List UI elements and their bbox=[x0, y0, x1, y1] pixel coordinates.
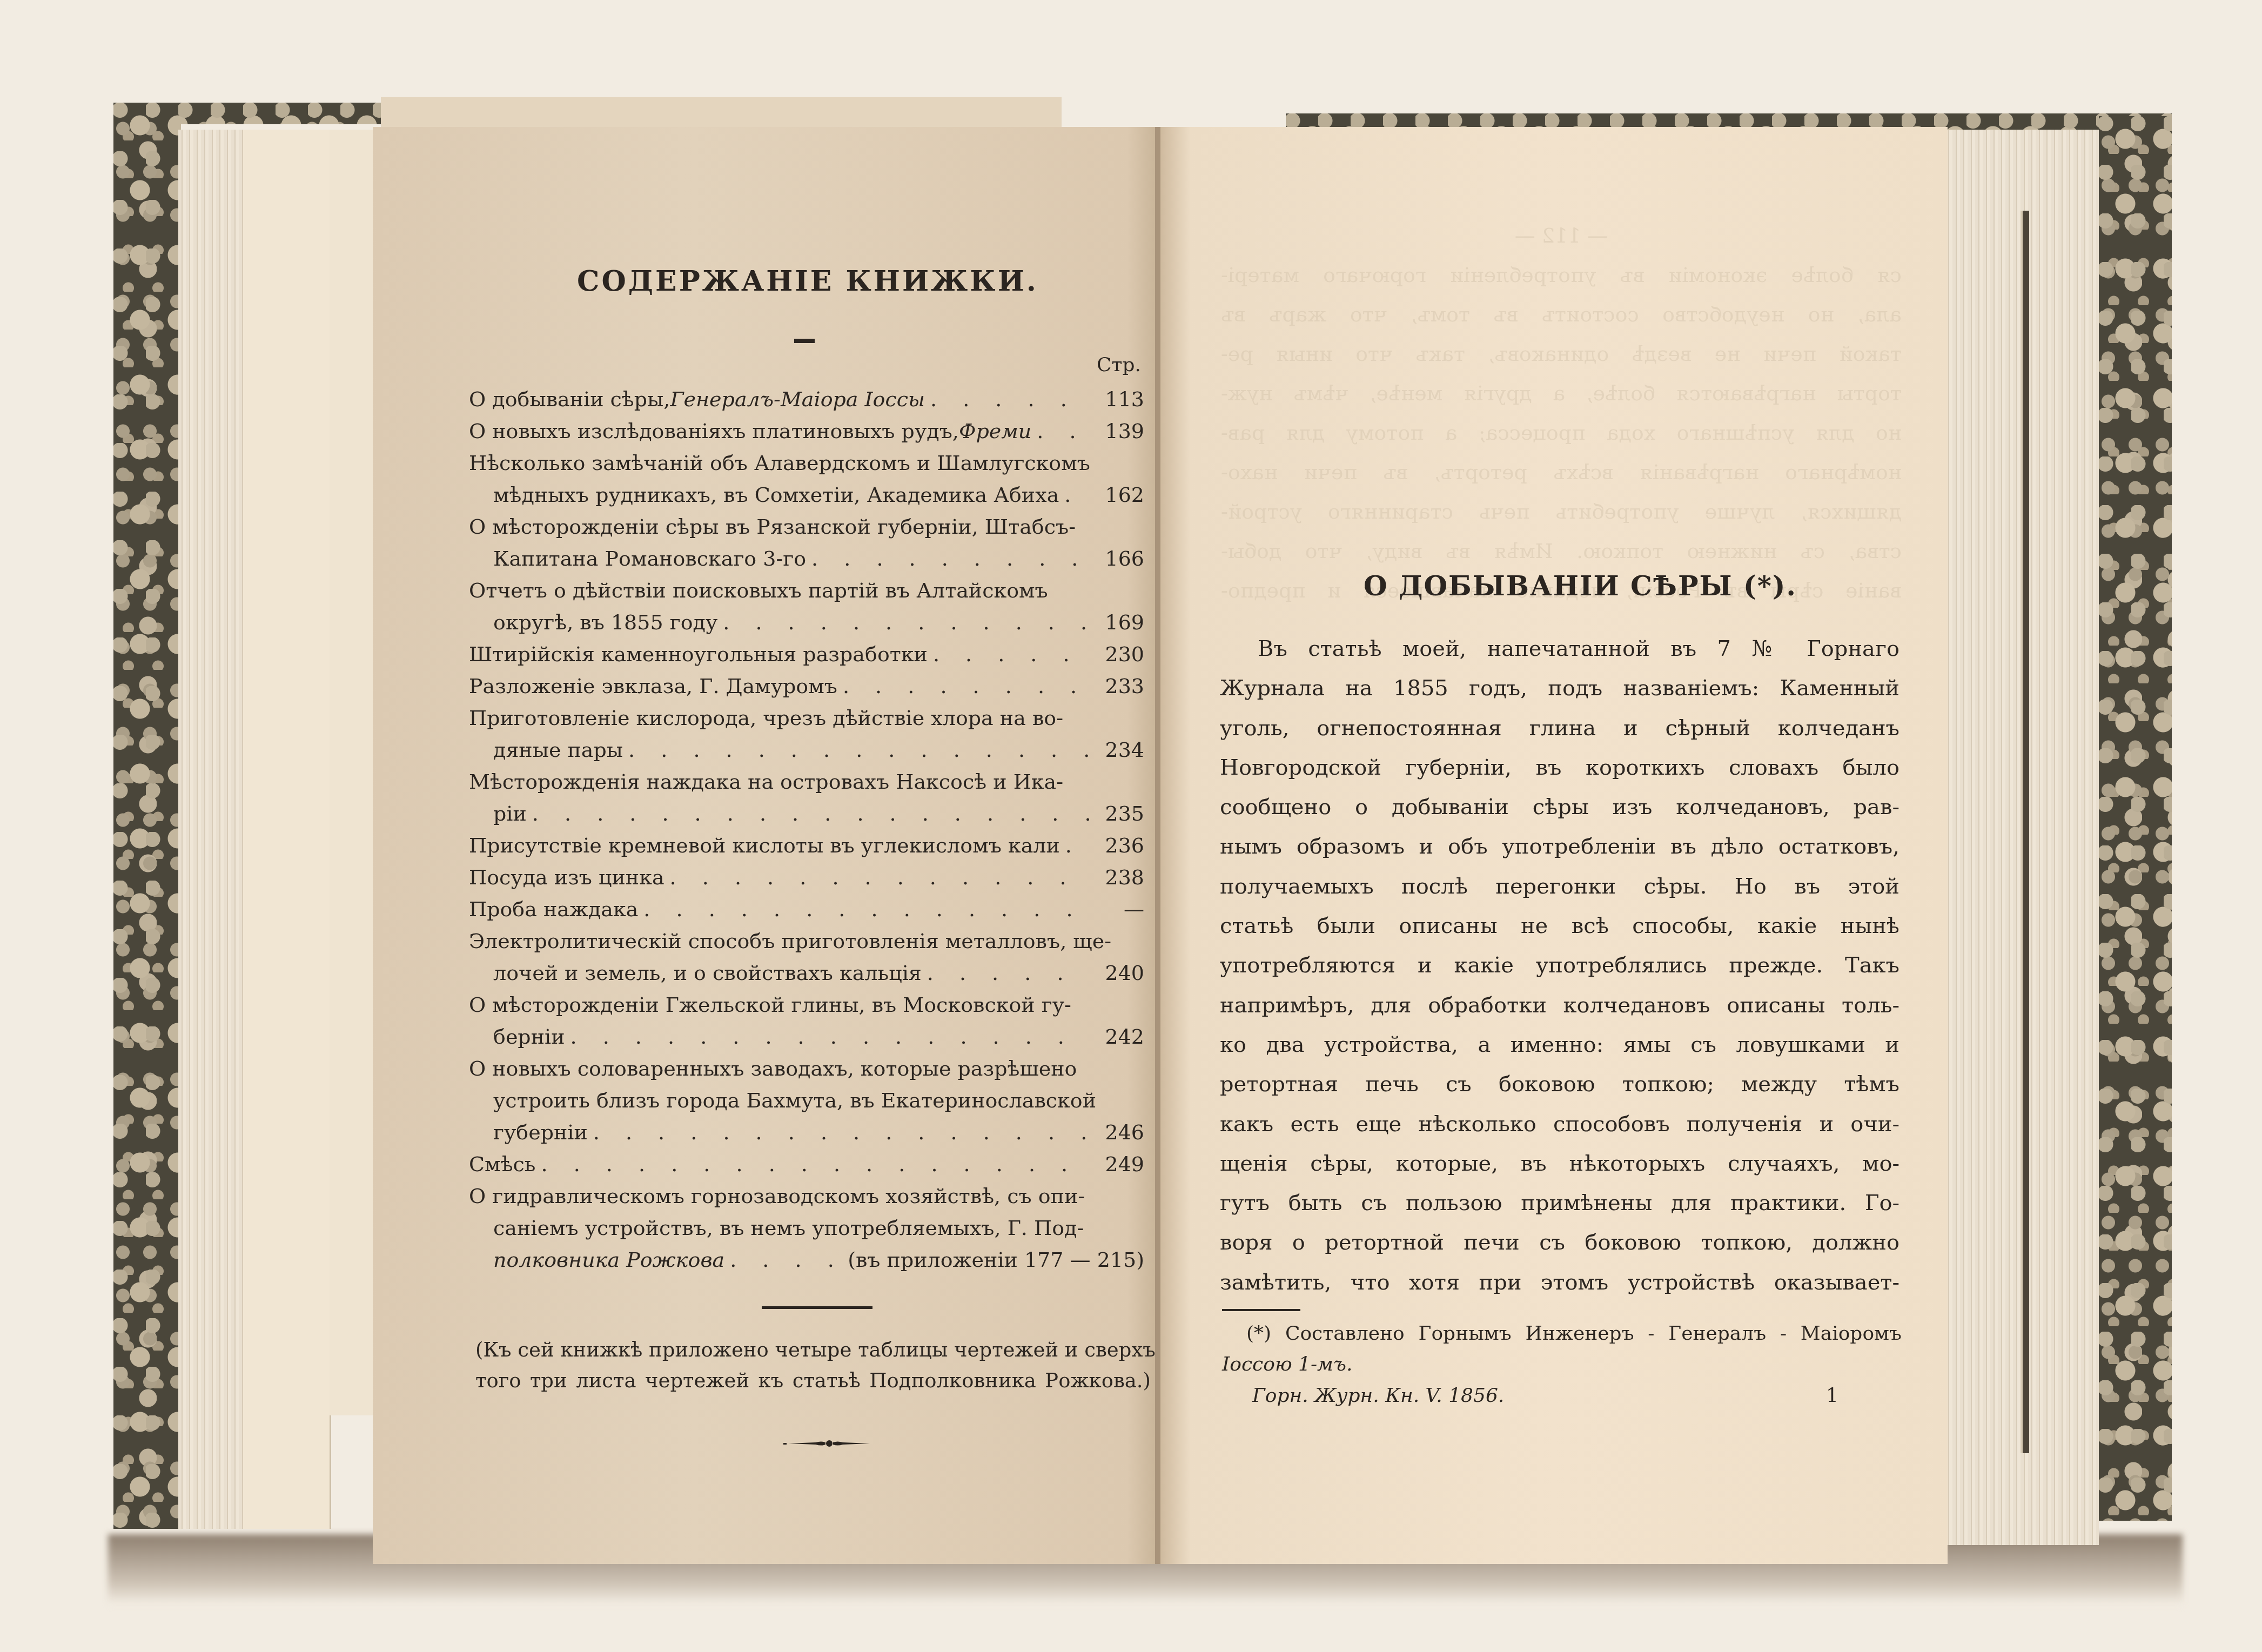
footnote-line: Іоссою 1-мъ. bbox=[1222, 1349, 1902, 1380]
toc-entry: дяные пары. . . . . . . . . . . . . . . … bbox=[469, 734, 1144, 766]
toc-entry: О гидравлическомъ горнозаводскомъ хозяйс… bbox=[469, 1180, 1144, 1212]
toc-entry: О мѣсторожденіи Гжельской глины, въ Моск… bbox=[469, 989, 1144, 1021]
toc-entry-text: Электролитическій способъ приготовленія … bbox=[469, 925, 1111, 957]
toc-entry: Посуда изъ цинка. . . . . . . . . . . . … bbox=[469, 862, 1144, 894]
toc-entry-text: саніемъ устройствъ, въ немъ употребляемы… bbox=[469, 1212, 1084, 1244]
toc-page-number: 169 bbox=[1096, 607, 1144, 639]
leader-dots: . . . . . . . . . . . . . . . . . . . . bbox=[843, 670, 1090, 702]
toc-entry-text: О мѣсторожденіи сѣры въ Рязанской губерн… bbox=[469, 511, 1076, 543]
toc-page-number: — bbox=[1096, 894, 1144, 925]
toc-entry: О новыхъ соловаренныхъ заводахъ, которые… bbox=[469, 1053, 1144, 1085]
body-line: какъ есть еще нѣсколько способовъ получе… bbox=[1220, 1105, 1899, 1144]
leader-dots: . . . . . . . . . . . . . . . . . . . . bbox=[930, 384, 1090, 415]
toc-entry: Отчетъ о дѣйствіи поисковыхъ партій въ А… bbox=[469, 575, 1144, 607]
toc-entry: лочей и земель, и о свойствахъ кальція. … bbox=[469, 957, 1144, 989]
ornament-icon bbox=[783, 1439, 875, 1448]
toc-page-number: (въ приложеніи 177 — 215) bbox=[848, 1244, 1144, 1276]
toc-entry: Смѣсь. . . . . . . . . . . . . . . . . .… bbox=[469, 1149, 1144, 1180]
toc-entry-text: Отчетъ о дѣйствіи поисковыхъ партій въ А… bbox=[469, 575, 1048, 607]
marbled-cover-left bbox=[113, 103, 181, 1529]
toc-entry-text: О новыхъ изслѣдованіяхъ платиновыхъ рудъ… bbox=[469, 415, 959, 447]
body-line: получаемыхъ послѣ перегонки сѣры. Но въ … bbox=[1220, 867, 1899, 906]
show-through-text: — 112 — ся болѣе экономіи въ употреблені… bbox=[1221, 216, 1902, 610]
toc-page-number: 113 bbox=[1096, 384, 1144, 415]
leader-dots: . . . . . . . . . . . . . . . . . . . . bbox=[670, 862, 1090, 894]
body-line: нымъ образомъ и объ употребленіи въ дѣло… bbox=[1220, 827, 1899, 867]
toc-entry-author: Генералъ-Маіора Іоссы bbox=[670, 384, 925, 415]
toc-entry-text: устроить близъ города Бахмута, въ Екатер… bbox=[469, 1085, 1096, 1117]
loose-leaf-left-inner bbox=[330, 130, 375, 1415]
toc-entry: Приготовленіе кислорода, чрезъ дѣйствіе … bbox=[469, 702, 1144, 734]
body-line: Новгородской губерніи, въ короткихъ слов… bbox=[1220, 748, 1899, 788]
body-line: Въ статьѣ моей, напечатанной въ 7 № Горн… bbox=[1220, 629, 1899, 669]
toc-page-number: 166 bbox=[1096, 543, 1144, 575]
toc-page-number: 230 bbox=[1096, 639, 1144, 670]
leader-dots: . . . . . . . . . . . . . . . . . . . . bbox=[643, 894, 1090, 925]
plates-note: (Къ сей книжкѣ приложено четыре таблицы … bbox=[475, 1334, 1151, 1396]
leader-dots: . . . . . . . . . . . . . . . . . . . . bbox=[933, 639, 1090, 670]
body-line: Журнала на 1855 годъ, подъ названіемъ: К… bbox=[1220, 669, 1899, 708]
leader-dots: . . . . . . . . . . . . . . . . . . . . bbox=[570, 1021, 1091, 1053]
toc-entry-text: О мѣсторожденіи Гжельской глины, въ Моск… bbox=[469, 989, 1071, 1021]
toc-page-number: 240 bbox=[1096, 957, 1144, 989]
toc-entry-text: мѣдныхъ рудникахъ, въ Сомхетіи, Академик… bbox=[469, 479, 1059, 511]
toc-entry: губерніи. . . . . . . . . . . . . . . . … bbox=[469, 1117, 1144, 1149]
leader-dots: . . . . . . . . . . . . . . . . . . . . bbox=[1064, 479, 1090, 511]
toc-entry-text: Штирійскія каменноугольныя разработки bbox=[469, 639, 928, 670]
page-number: 1 bbox=[1826, 1385, 1838, 1407]
body-line: сообщено о добываніи сѣры изъ колчеданов… bbox=[1220, 788, 1899, 827]
toc-entry-text: дяные пары bbox=[469, 734, 623, 766]
toc-entry-text: Мѣсторожденія наждака на островахъ Наксо… bbox=[469, 766, 1063, 798]
page-stack-right bbox=[1945, 130, 2099, 1545]
toc-entry-text: Посуда изъ цинка bbox=[469, 862, 664, 894]
body-line: ко два устройства, а именно: ямы съ лову… bbox=[1220, 1025, 1899, 1065]
marbled-cover-right bbox=[2099, 116, 2172, 1521]
leader-dots: . . . . . . . . . . . . . . . . . . . . bbox=[811, 543, 1090, 575]
toc-entry-text: Приготовленіе кислорода, чрезъ дѣйствіе … bbox=[469, 702, 1063, 734]
leader-dots: . . . . . . . . . . . . . . . . . . . . bbox=[927, 957, 1090, 989]
toc-entry: Электролитическій способъ приготовленія … bbox=[469, 925, 1144, 957]
leader-dots: . . . . . . . . . . . . . . . . . . . . bbox=[723, 607, 1090, 639]
body-line: ретортная печь съ боковою топкою; между … bbox=[1220, 1065, 1899, 1104]
body-line: замѣтить, что хотя при этомъ устройствѣ … bbox=[1220, 1263, 1899, 1302]
toc-entry-text: О гидравлическомъ горнозаводскомъ хозяйс… bbox=[469, 1180, 1085, 1212]
toc-page-number: 235 bbox=[1096, 798, 1144, 830]
marbled-cover-left-top bbox=[113, 103, 384, 124]
toc-page-number: 242 bbox=[1096, 1021, 1144, 1053]
toc-entry: мѣдныхъ рудникахъ, въ Сомхетіи, Академик… bbox=[469, 479, 1144, 511]
toc-entry: Присутствіе кремневой кислоты въ углекис… bbox=[469, 830, 1144, 862]
toc-entry-text: берніи bbox=[469, 1021, 565, 1053]
article-body: Въ статьѣ моей, напечатанной въ 7 № Горн… bbox=[1220, 629, 1899, 1302]
footnote-rule bbox=[1222, 1309, 1300, 1311]
toc-entry-text: Проба наждака bbox=[469, 894, 638, 925]
leader-dots: . . . . . . . . . . . . . . . . . . . . bbox=[541, 1149, 1090, 1180]
toc-entry-text: округѣ, въ 1855 году bbox=[469, 607, 717, 639]
leader-dots: . . . . . . . . . . . . . . . . . . . . bbox=[1037, 415, 1090, 447]
toc-entry: берніи. . . . . . . . . . . . . . . . . … bbox=[469, 1021, 1144, 1053]
toc-title: СОДЕРЖАНІЕ КНИЖКИ. bbox=[470, 265, 1145, 298]
page-stack-left bbox=[178, 130, 243, 1529]
footnote-line: (*) Составлено Горнымъ Инженеръ - Генера… bbox=[1222, 1318, 1902, 1349]
body-line: уголь, огнепостоянная глина и сѣрный кол… bbox=[1220, 709, 1899, 748]
plates-note-line: того три листа чертежей къ статьѣ Подпол… bbox=[475, 1365, 1151, 1396]
toc-entry: О мѣсторожденіи сѣры въ Рязанской губерн… bbox=[469, 511, 1144, 543]
page-column-header: Стр. bbox=[1097, 354, 1141, 376]
journal-signature: Горн. Журн. Кн. V. 1856. bbox=[1252, 1385, 1504, 1407]
left-page-torn-top bbox=[381, 97, 1062, 130]
toc-list: О добываніи сѣры, Генералъ-Маіора Іоссы.… bbox=[469, 384, 1144, 1276]
body-line: статьѣ были описаны не всѣ способы, какі… bbox=[1220, 906, 1899, 946]
folded-plate-edge bbox=[2021, 211, 2029, 1453]
toc-page-number: 236 bbox=[1096, 830, 1144, 862]
book-gutter bbox=[1155, 127, 1160, 1564]
toc-entry-text: Смѣсь bbox=[469, 1149, 536, 1180]
loose-leaf-left bbox=[243, 130, 331, 1529]
toc-divider-rule bbox=[762, 1306, 872, 1309]
toc-entry: полковника Рожкова. . . . . . . . . . . … bbox=[469, 1244, 1144, 1276]
leader-dots: . . . . . . . . . . . . . . . . . . . . bbox=[593, 1117, 1090, 1149]
leader-dots: . . . . . . . . . . . . . . . . . . . . bbox=[532, 798, 1090, 830]
toc-entry: О новыхъ изслѣдованіяхъ платиновыхъ рудъ… bbox=[469, 415, 1144, 447]
toc-page-number: 249 bbox=[1096, 1149, 1144, 1180]
toc-entry-text: О добываніи сѣры, bbox=[469, 384, 670, 415]
toc-entry: Проба наждака. . . . . . . . . . . . . .… bbox=[469, 894, 1144, 925]
toc-entry-text: лочей и земель, и о свойствахъ кальція bbox=[469, 957, 922, 989]
toc-entry: О добываніи сѣры, Генералъ-Маіора Іоссы.… bbox=[469, 384, 1144, 415]
toc-page-number: 246 bbox=[1096, 1117, 1144, 1149]
toc-entry: Разложеніе эвклаза, Г. Дамуромъ. . . . .… bbox=[469, 670, 1144, 702]
toc-page-number: 234 bbox=[1096, 734, 1144, 766]
title-dash-rule bbox=[794, 339, 815, 343]
toc-entry: Нѣсколько замѣчаній объ Алавердскомъ и Ш… bbox=[469, 447, 1144, 479]
toc-entry-text: полковника Рожкова bbox=[469, 1244, 724, 1276]
body-line: гутъ быть съ пользою примѣнены для практ… bbox=[1220, 1184, 1899, 1223]
toc-entry-author: Фреми bbox=[959, 415, 1031, 447]
body-line: напримѣръ, для обработки колчедановъ опи… bbox=[1220, 986, 1899, 1025]
toc-entry: саніемъ устройствъ, въ немъ употребляемы… bbox=[469, 1212, 1144, 1244]
footnote: (*) Составлено Горнымъ Инженеръ - Генера… bbox=[1222, 1318, 1902, 1380]
leader-dots: . . . . . . . . . . . . . . . . . . . . bbox=[730, 1244, 842, 1276]
toc-entry-text: Капитана Романовскаго 3-го bbox=[469, 543, 806, 575]
toc-entry: округѣ, въ 1855 году. . . . . . . . . . … bbox=[469, 607, 1144, 639]
toc-entry-text: губерніи bbox=[469, 1117, 588, 1149]
toc-entry-text: Разложеніе эвклаза, Г. Дамуромъ bbox=[469, 670, 837, 702]
toc-entry: Капитана Романовскаго 3-го. . . . . . . … bbox=[469, 543, 1144, 575]
toc-page-number: 238 bbox=[1096, 862, 1144, 894]
plates-note-line: (Къ сей книжкѣ приложено четыре таблицы … bbox=[475, 1334, 1151, 1365]
toc-entry: устроить близъ города Бахмута, въ Екатер… bbox=[469, 1085, 1144, 1117]
leader-dots: . . . . . . . . . . . . . . . . . . . . bbox=[1065, 830, 1090, 862]
toc-entry: Мѣсторожденія наждака на островахъ Наксо… bbox=[469, 766, 1144, 798]
article-title: О ДОБЫВАНІИ СѢРЫ (*). bbox=[1216, 570, 1945, 602]
toc-page-number: 233 bbox=[1096, 670, 1144, 702]
toc-entry-text: Нѣсколько замѣчаній объ Алавердскомъ и Ш… bbox=[469, 447, 1090, 479]
toc-entry-text: Присутствіе кремневой кислоты въ углекис… bbox=[469, 830, 1060, 862]
toc-entry-text: О новыхъ соловаренныхъ заводахъ, которые… bbox=[469, 1053, 1077, 1085]
toc-entry-text: ріи bbox=[469, 798, 527, 830]
toc-page-number: 139 bbox=[1096, 415, 1144, 447]
body-line: употребляются и какіе употреблялись преж… bbox=[1220, 946, 1899, 985]
toc-entry: Штирійскія каменноугольныя разработки. .… bbox=[469, 639, 1144, 670]
body-line: щенія сѣры, которые, въ нѣкоторыхъ случа… bbox=[1220, 1144, 1899, 1184]
toc-entry: ріи. . . . . . . . . . . . . . . . . . .… bbox=[469, 798, 1144, 830]
leader-dots: . . . . . . . . . . . . . . . . . . . . bbox=[628, 734, 1090, 766]
toc-page-number: 162 bbox=[1096, 479, 1144, 511]
body-line: воря о ретортной печи съ боковою топкою,… bbox=[1220, 1223, 1899, 1262]
